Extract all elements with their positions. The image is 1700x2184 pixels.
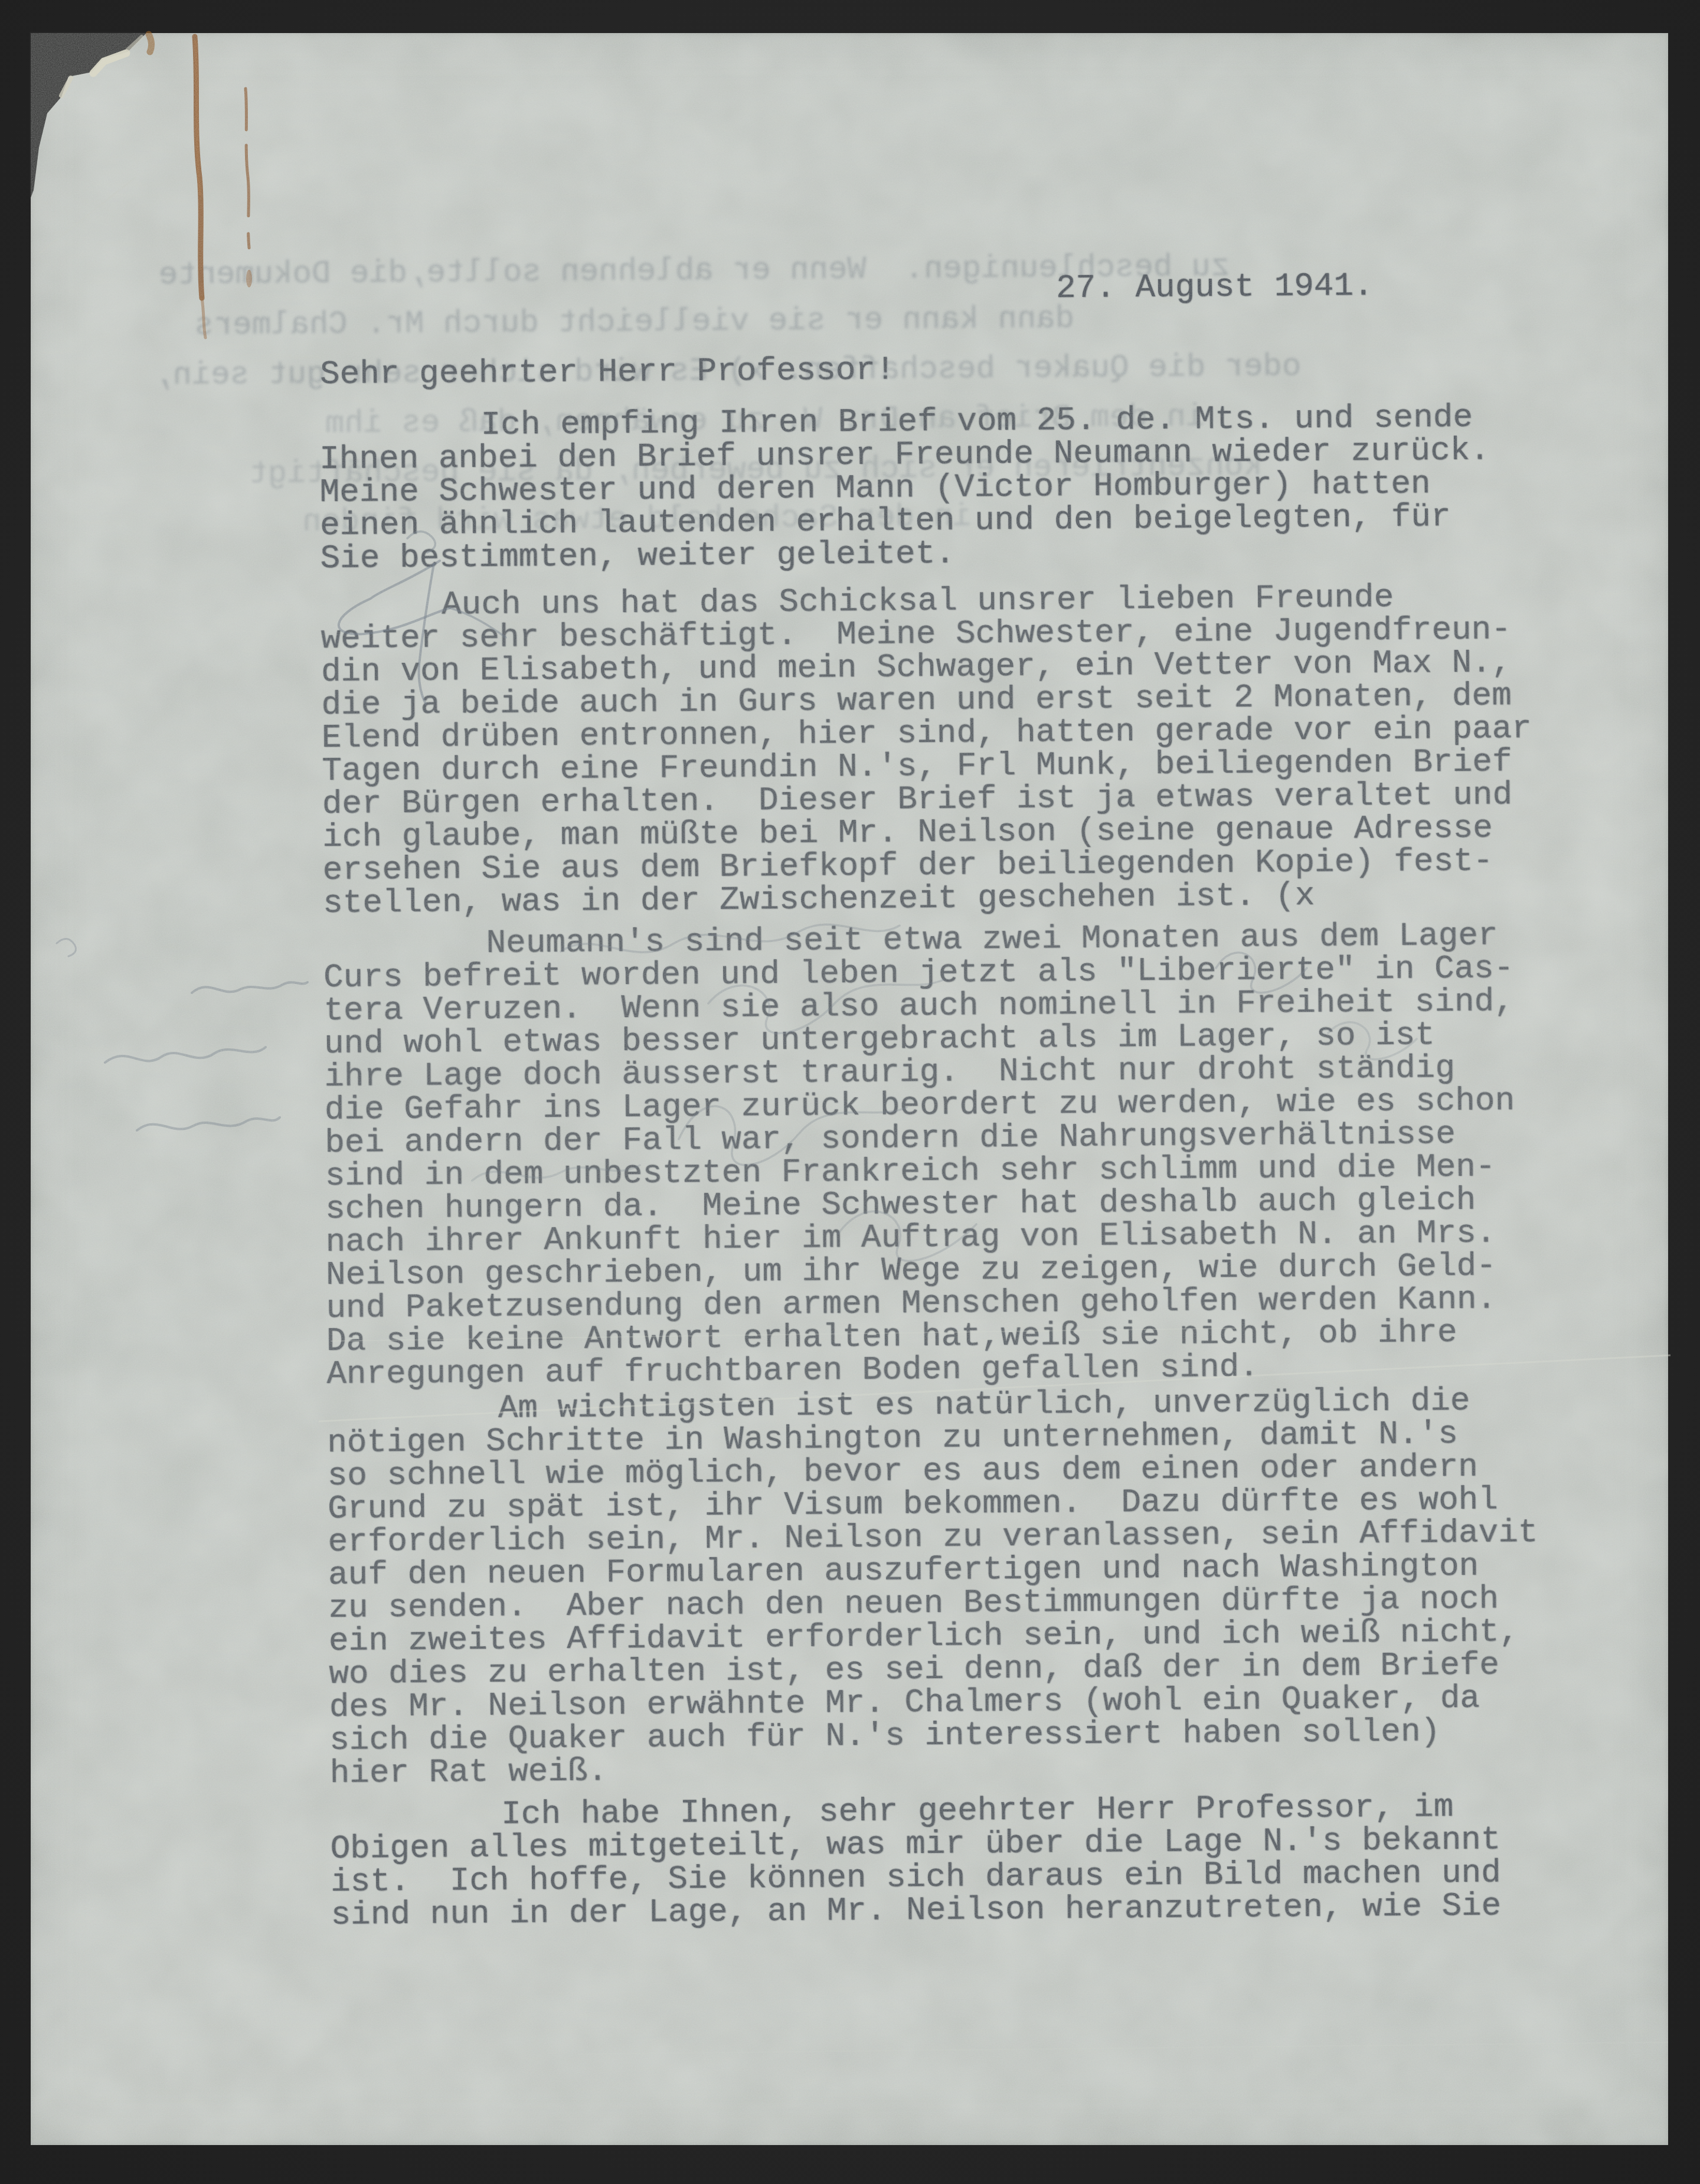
letter-paragraph-5: Ich habe Ihnen, sehr geehrter Herr Profe… [330,1789,1606,1931]
scan-background: zu beschleunigen. Wenn er ablehnen sollt… [0,0,1700,2184]
letter-paragraph-1: Ich empfing Ihren Brief vom 25. de. Mts.… [319,400,1596,575]
letter-paragraph-3: Neumann's sind seit etwa zwei Monaten au… [323,918,1601,1391]
letter-date: 27. August 1941. [1056,269,1374,305]
letter-salutation: Sehr geehrter Herr Professor! [320,353,895,391]
letter-paragraph-2: Auch uns hat das Schicksal unsrer lieben… [321,579,1598,920]
letter-text: 27. August 1941. Sehr geehrter Herr Prof… [0,0,1700,2184]
letter-paragraph-4: Am wichtigsten ist es natürlich, unverzü… [327,1383,1605,1790]
